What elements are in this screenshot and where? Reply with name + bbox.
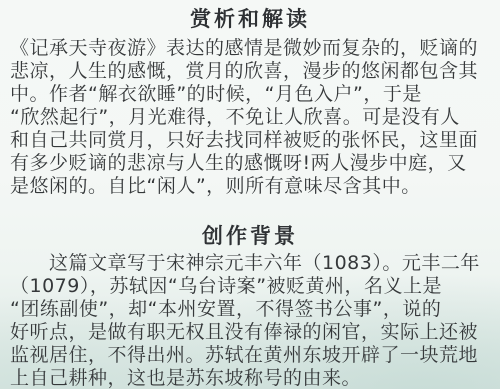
section-body-appreciation: 《记承天寺夜游》表达的感情是微妙而复杂的，贬谪的 悲凉，人生的感慨，赏月的欣喜，… xyxy=(10,37,490,198)
section-background: 创作背景 这篇文章写于宋神宗元丰六年（1083）。元丰二年 （1079），苏轼因… xyxy=(10,224,490,389)
section-title-appreciation: 赏析和解读 xyxy=(10,7,490,32)
section-title-background: 创作背景 xyxy=(10,224,490,249)
section-body-background: 这篇文章写于宋神宗元丰六年（1083）。元丰二年 （1079），苏轼因“乌台诗案… xyxy=(10,252,490,389)
section-appreciation: 赏析和解读 《记承天寺夜游》表达的感情是微妙而复杂的，贬谪的 悲凉，人生的感慨，… xyxy=(10,7,490,198)
study-page: 赏析和解读 《记承天寺夜游》表达的感情是微妙而复杂的，贬谪的 悲凉，人生的感慨，… xyxy=(0,0,500,389)
